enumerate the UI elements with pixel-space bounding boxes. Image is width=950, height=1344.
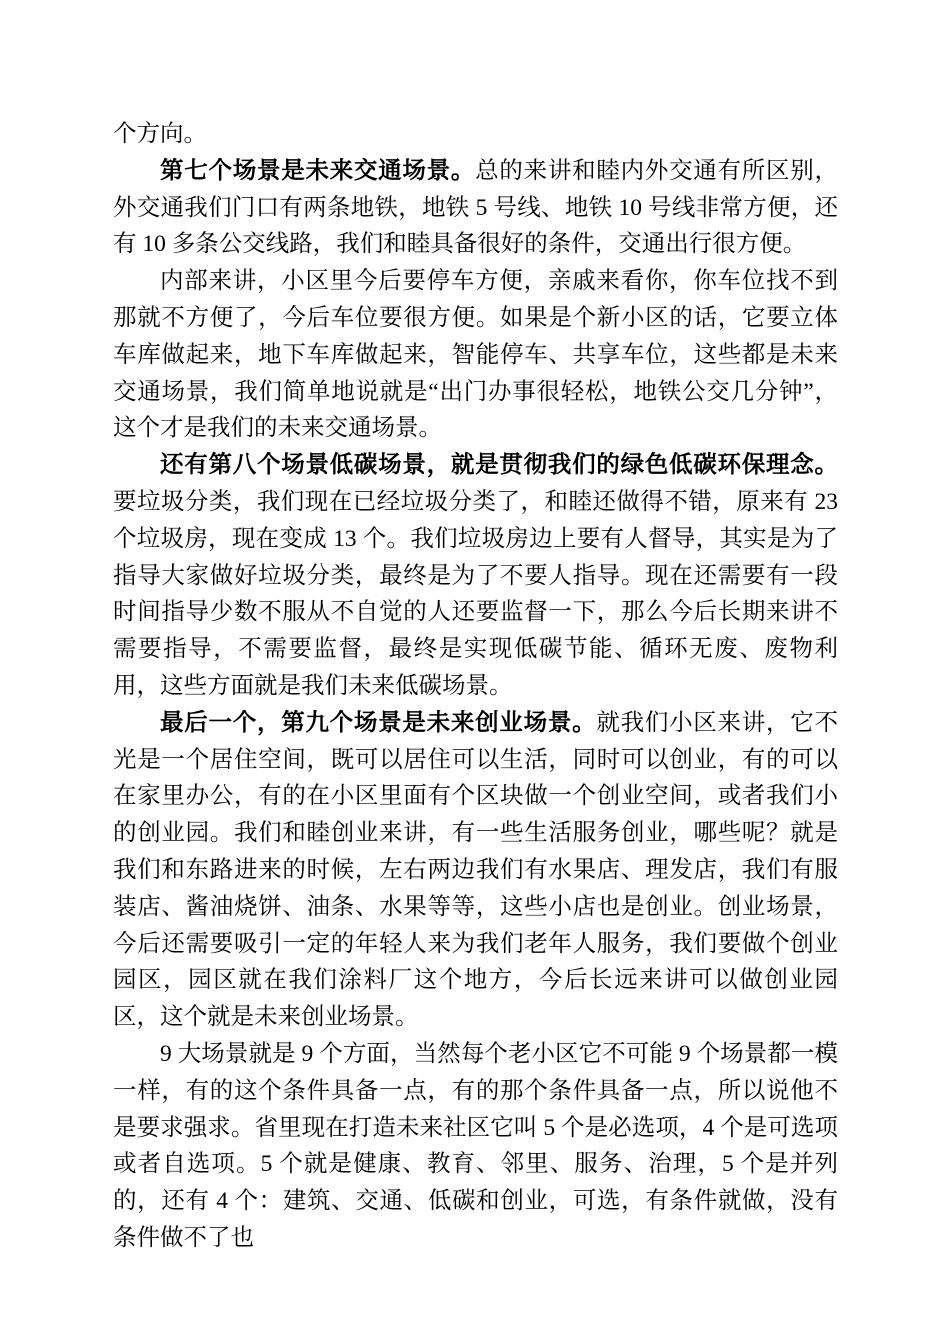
paragraph-continuation: 个方向。 — [113, 116, 838, 153]
paragraph-lead-bold: 还有第八个场景低碳场景，就是贯彻我们的绿色低碳环保理念。 — [160, 452, 838, 478]
document-body: 个方向。 第七个场景是未来交通场景。总的来讲和睦内外交通有所区别，外交通我们门口… — [113, 116, 838, 1257]
paragraph-nine-scenes-summary: 9 大场景就是 9 个方面，当然每个老小区它不可能 9 个场景都一模一样，有的这… — [113, 1036, 838, 1257]
paragraph-scene-9-entrepreneurship: 最后一个，第九个场景是未来创业场景。就我们小区来讲，它不光是一个居住空间，既可以… — [113, 705, 838, 1036]
paragraph-lead-bold: 最后一个，第九个场景是未来创业场景。 — [160, 710, 596, 736]
paragraph-text: 要垃圾分类，我们现在已经垃圾分类了，和睦还做得不错，原来有 23 个垃圾房，现在… — [113, 489, 838, 699]
paragraph-traffic-internal: 内部来讲，小区里今后要停车方便，亲戚来看你，你车位找不到那就不方便了，今后车位要… — [113, 263, 838, 447]
document-page: 个方向。 第七个场景是未来交通场景。总的来讲和睦内外交通有所区别，外交通我们门口… — [0, 0, 950, 1344]
paragraph-lead-bold: 第七个场景是未来交通场景。 — [160, 158, 475, 184]
paragraph-text: 内部来讲，小区里今后要停车方便，亲戚来看你，你车位找不到那就不方便了，今后车位要… — [113, 268, 838, 441]
paragraph-scene-7-traffic: 第七个场景是未来交通场景。总的来讲和睦内外交通有所区别，外交通我们门口有两条地铁… — [113, 153, 838, 263]
paragraph-text: 9 大场景就是 9 个方面，当然每个老小区它不可能 9 个场景都一模一样，有的这… — [113, 1041, 838, 1251]
paragraph-text: 就我们小区来讲，它不光是一个居住空间，既可以居住可以生活，同时可以创业，有的可以… — [113, 710, 838, 1030]
paragraph-scene-8-low-carbon: 还有第八个场景低碳场景，就是贯彻我们的绿色低碳环保理念。要垃圾分类，我们现在已经… — [113, 447, 838, 705]
paragraph-text: 个方向。 — [113, 121, 207, 147]
